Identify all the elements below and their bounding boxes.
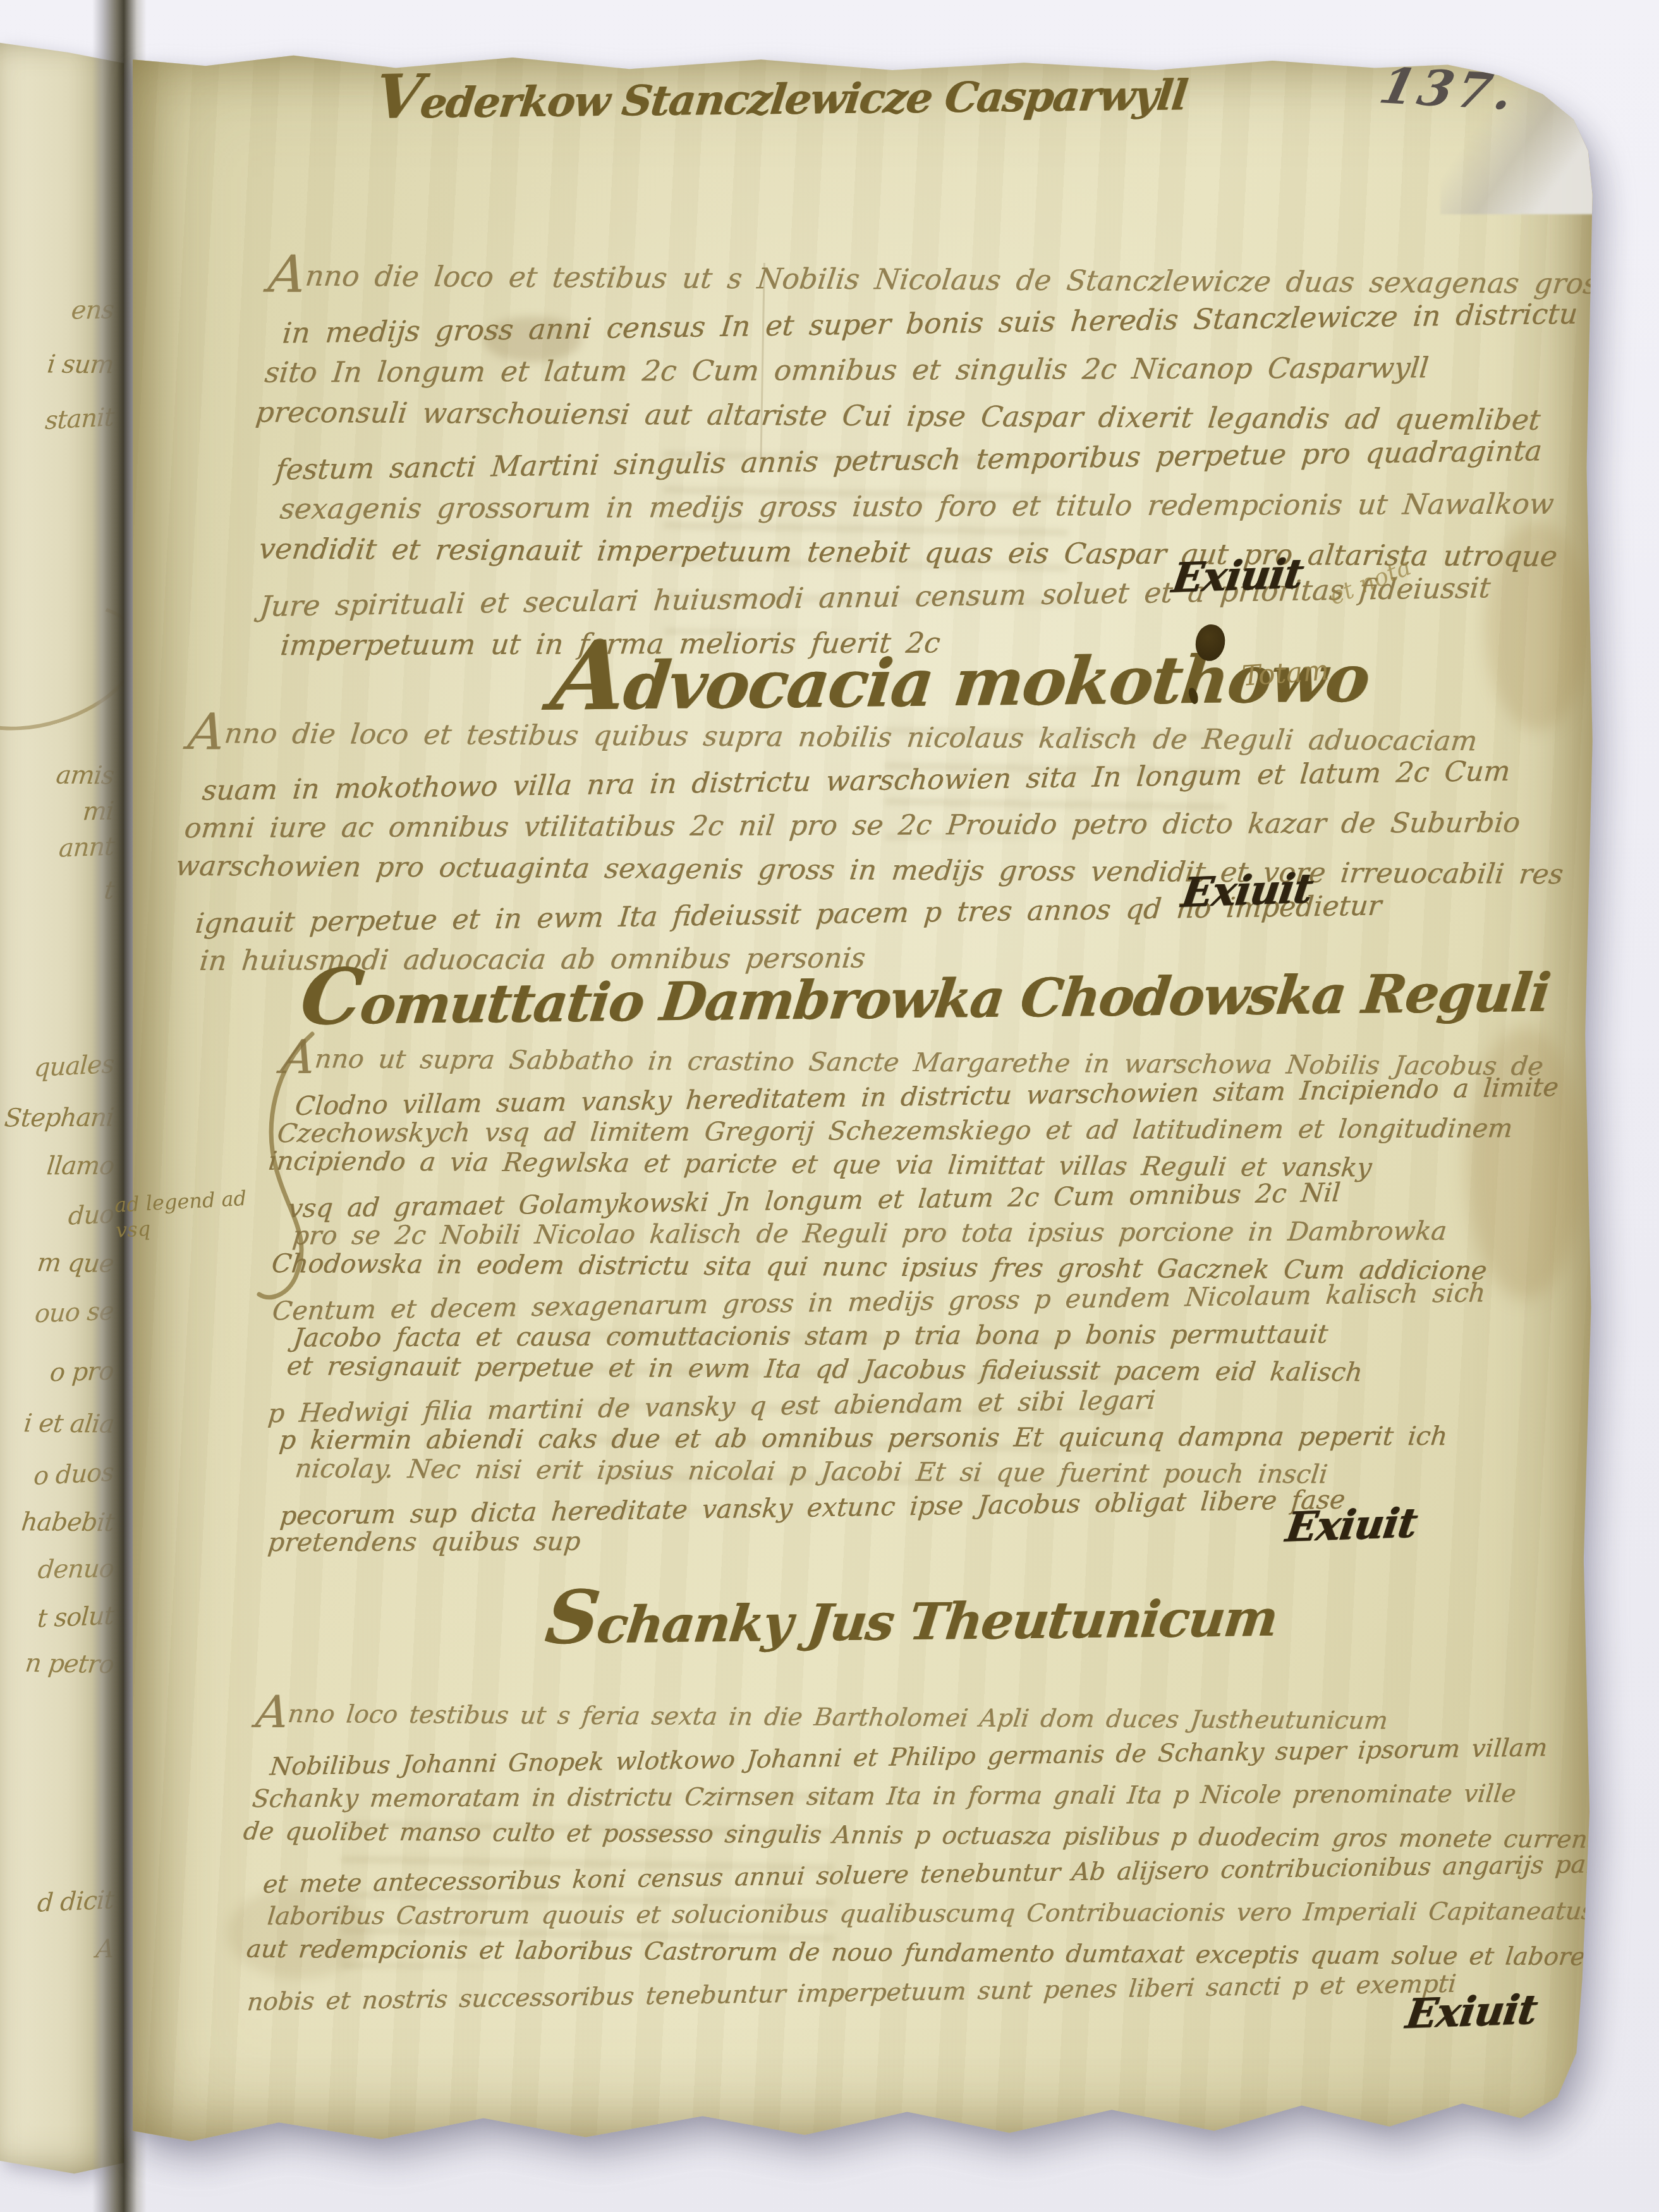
text-line: Jacobo facta et causa comuttacionis stam… bbox=[291, 1316, 1553, 1354]
manuscript-page: 137. Vederkow Stanczlewicze Casparwyll A… bbox=[133, 48, 1594, 2148]
text-line: omni iure ac omnibus vtilitatibus 2c nil… bbox=[182, 801, 1454, 851]
totam-margin-note: Totam bbox=[1241, 654, 1330, 693]
exiuit-note-1: Exiuit bbox=[1169, 550, 1306, 602]
entry1-heading: Vederkow Stanczlewicze Casparwyll bbox=[372, 52, 1191, 132]
entry4-text: Anno loco testibus ut s feria sexta in d… bbox=[256, 1699, 1571, 2012]
folio-number: 137. bbox=[1375, 58, 1522, 121]
text-line: sexagenis grossorum in medijs gross iust… bbox=[277, 482, 1418, 532]
text-line: laboribus Castrorum quouis et solucionib… bbox=[265, 1892, 1572, 1936]
exiuit-note-4: Exiuit bbox=[1403, 1986, 1540, 2038]
entry3-heading: Comuttatio Dambrowka Chodowska Reguli bbox=[296, 939, 1555, 1043]
entry3-text: Anno ut supra Sabbatho in crastino Sanct… bbox=[281, 1045, 1552, 1557]
text-line: p kiermin abiendi caks due et ab omnibus… bbox=[277, 1418, 1553, 1457]
exiuit-note-2: Exiuit bbox=[1179, 865, 1315, 917]
entry1-text: Anno die loco et testibus ut s Nobilis N… bbox=[269, 257, 1416, 666]
exiuit-note-3: Exiuit bbox=[1283, 1499, 1419, 1552]
text-line: Schanky memoratam in districtu Czirnsen … bbox=[250, 1775, 1572, 1820]
text-line: pro se 2c Nobili Nicolao kalisch de Regu… bbox=[291, 1213, 1553, 1253]
left-margin-note: ad legend ad vsq bbox=[114, 1184, 277, 1243]
text-line: sito In longum et latum 2c Cum omnibus e… bbox=[262, 345, 1418, 396]
entry4-heading: Schanky Jus Theutunicum bbox=[542, 1567, 1282, 1661]
entry2-text: Anno die loco et testibus quibus supra n… bbox=[188, 715, 1452, 981]
scan-background: ensi sumstanitamismiannttqualesStephanil… bbox=[0, 0, 1659, 2212]
